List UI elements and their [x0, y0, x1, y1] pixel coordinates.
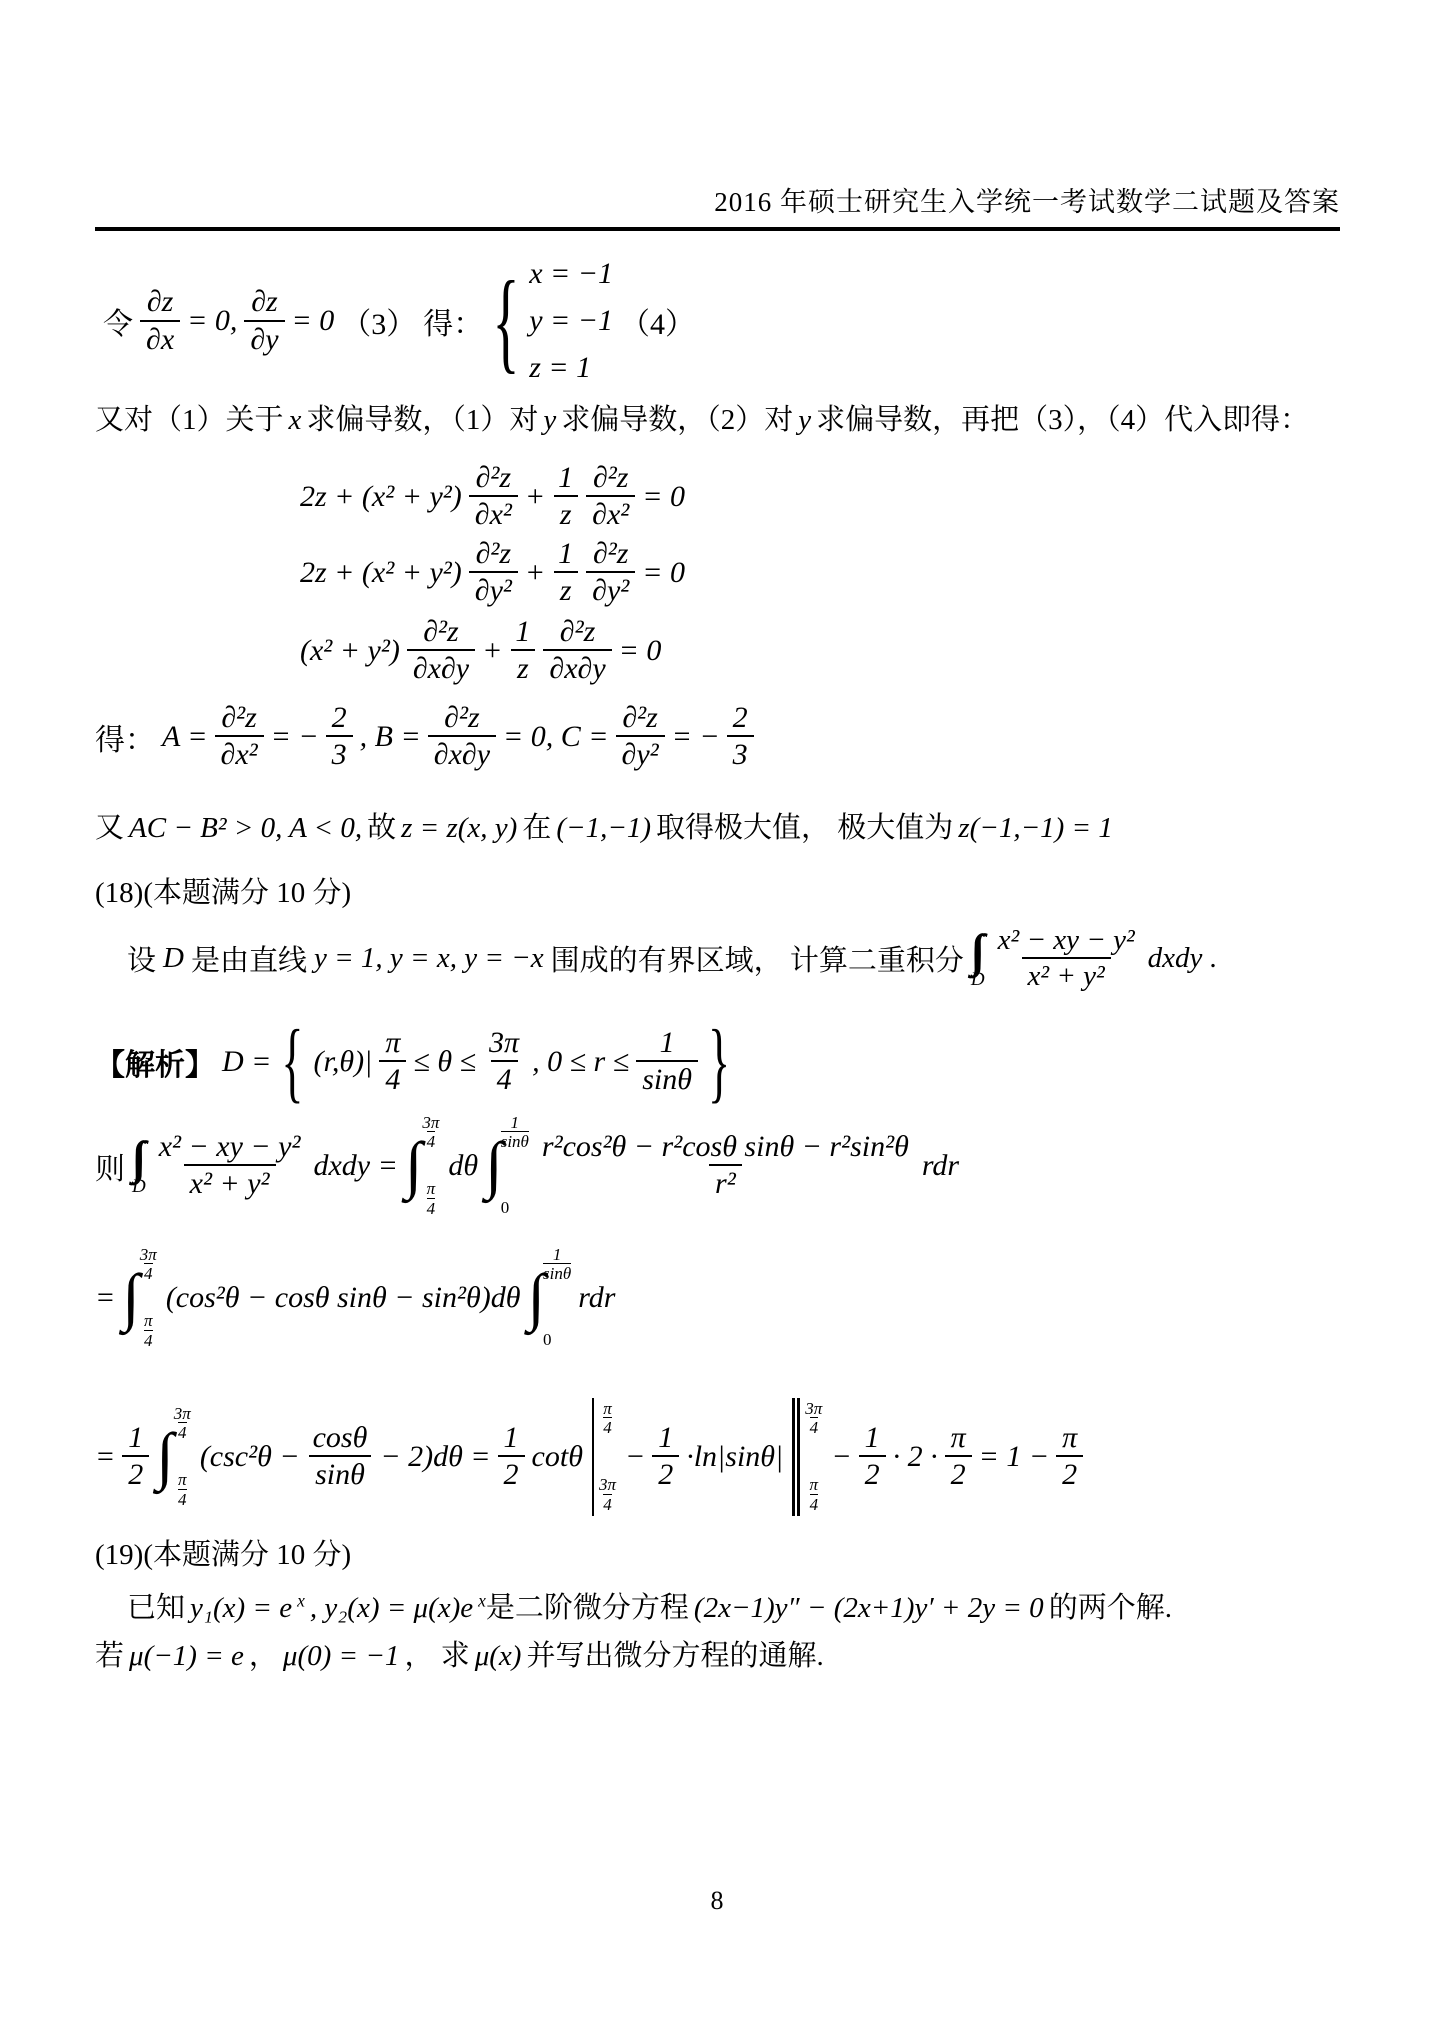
vertical-bar: [592, 1398, 594, 1516]
double-integral: ∫∫ D: [971, 928, 985, 989]
frac-num: ∂²z: [587, 537, 635, 572]
frac-den: ∂x²: [586, 495, 635, 533]
integral-limits: 1sinθ 0: [543, 1246, 571, 1350]
integral: ∫ 1sinθ 0: [485, 1114, 529, 1218]
fraction: ∂²z∂x∂y: [407, 615, 475, 687]
left-brace: {: [493, 265, 520, 378]
equation-pde-yy: 2z + (x² + y²) ∂²z∂y² + 1z ∂²z∂y² = 0: [300, 537, 1340, 609]
math-var: y: [543, 404, 556, 436]
frac-den: 2: [652, 1455, 679, 1493]
left-brace: {: [281, 1017, 303, 1107]
frac-den: 4: [144, 1263, 153, 1283]
case-line: z = 1: [529, 351, 613, 385]
double-integral: ∫∫ D: [132, 1135, 146, 1196]
math-var: y: [798, 404, 811, 436]
math-run: +: [525, 556, 545, 590]
fraction: π4: [379, 1026, 406, 1098]
integral-limits: 1sinθ 0: [501, 1114, 529, 1218]
math-run: = 1 −: [979, 1440, 1050, 1474]
math-run: μ(x): [475, 1640, 522, 1672]
paragraph-take-derivatives: 又对（1）关于x求偏导数，（1）对y求偏导数，（2）对y求偏导数，再把（3），（…: [95, 399, 1340, 443]
frac-num: 1: [498, 1421, 525, 1456]
lower-limit: 0: [501, 1198, 529, 1218]
frac-num: 1: [654, 1026, 681, 1061]
frac-num: π: [142, 1312, 155, 1330]
math-run: ·ln|sinθ|: [686, 1440, 783, 1474]
equation-stationary-point: 令 ∂z∂x = 0, ∂z∂y = 0 （3） 得： { x = −1 y =…: [103, 257, 1340, 385]
math-run: (−1,−1): [556, 812, 651, 844]
paragraph-maximum-conclusion: 又AC − B² > 0, A < 0,故z = z(x, y)在(−1,−1)…: [95, 807, 1340, 851]
frac-den: 4: [379, 1060, 406, 1098]
math-run: = −: [271, 720, 319, 754]
math-run: μ(0) = −1: [283, 1640, 400, 1672]
integral-sign: ∫: [131, 1135, 144, 1181]
page-header-title: 2016 年硕士研究生入学统一考试数学二试题及答案: [95, 186, 1340, 218]
frac-num: ∂²z: [438, 701, 486, 736]
frac-num: π: [379, 1026, 406, 1061]
text-run: 求偏导数，（2）对: [561, 404, 793, 436]
frac-den: sinθ: [501, 1131, 529, 1151]
frac-num: 2: [727, 701, 754, 736]
text-run: 已知: [127, 1592, 185, 1624]
frac-den: 4: [603, 1494, 612, 1514]
frac-den: z: [554, 571, 578, 609]
equation-pde-xy: (x² + y²) ∂²z∂x∂y + 1z ∂²z∂x∂y = 0: [300, 615, 1340, 687]
text-run: 得：: [423, 299, 483, 343]
math-run: z(−1,−1) = 1: [958, 812, 1113, 844]
frac-num: 1: [552, 461, 579, 496]
frac-num: 1: [552, 537, 579, 572]
text-run: 的两个解.: [1049, 1592, 1172, 1624]
fraction: ∂²z∂x²: [215, 701, 264, 773]
integral: ∫ 3π4 π4: [122, 1246, 159, 1350]
fraction: π2: [1056, 1421, 1083, 1493]
problem-19-statement-line2: 若μ(−1) = e，μ(0) = −1， 求μ(x)并写出微分方程的通解.: [95, 1635, 1340, 1679]
text-run: 是由直线: [191, 938, 307, 979]
frac-num: π: [945, 1421, 972, 1456]
upper-limit: 3π4: [172, 1405, 193, 1443]
fraction: ∂z∂x: [140, 285, 180, 357]
frac-num: x² − xy − y²: [153, 1130, 307, 1165]
text-run: 若: [95, 1640, 124, 1672]
math-run: = −: [672, 720, 720, 754]
text-run: 令: [103, 299, 133, 343]
text-run: 在: [522, 812, 551, 844]
exponent: x: [297, 1590, 305, 1610]
frac-den: 4: [491, 1060, 518, 1098]
text-run: 又: [95, 812, 124, 844]
double-integral-signs: ∫∫: [973, 928, 983, 974]
math-run: D =: [222, 1045, 271, 1079]
fraction: 1sinθ: [636, 1026, 698, 1098]
math-run: = 0,: [187, 304, 237, 338]
math-run: =: [95, 1440, 115, 1474]
math-run: (2x−1)y″ − (2x+1)y′ + 2y = 0: [694, 1592, 1044, 1624]
math-run: (r,θ)|: [314, 1045, 373, 1079]
text-run: 求偏导数，再把（3），（4）代入即得：: [816, 404, 1309, 436]
frac-den: ∂y²: [586, 571, 635, 609]
text-run: (19)(本题满分 10 分): [95, 1539, 351, 1571]
math-run: ≤ θ ≤: [413, 1045, 476, 1079]
document-page: 2016 年硕士研究生入学统一考试数学二试题及答案 令 ∂z∂x = 0, ∂z…: [0, 0, 1434, 2025]
integral-limits: 3π4 π4: [420, 1114, 441, 1218]
frac-num: cosθ: [307, 1421, 374, 1456]
equation-pde-xx: 2z + (x² + y²) ∂²z∂x² + 1z ∂²z∂x² = 0: [300, 461, 1340, 533]
integral-limits: 3π4 π4: [172, 1405, 193, 1509]
lower-limit: π4: [138, 1312, 159, 1350]
fraction: ∂²z∂x∂y: [543, 615, 611, 687]
header-rule: [95, 227, 1340, 231]
fraction: ∂²z∂x²: [469, 461, 518, 533]
integral-step-3: = 12 ∫ 3π4 π4 (csc²θ − cosθsinθ − 2)dθ =…: [95, 1398, 1340, 1516]
lower-limit: 3π4: [597, 1476, 618, 1514]
text-run: ，: [249, 1640, 278, 1672]
frac-num: ∂²z: [616, 701, 664, 736]
frac-num: 3π: [172, 1405, 193, 1423]
lower-limit: π4: [172, 1471, 193, 1509]
text-run: 围成的有界区域， 计算二重积分: [551, 938, 964, 979]
fraction: ∂²z∂y²: [469, 537, 518, 609]
frac-den: ∂x²: [469, 495, 518, 533]
fraction: 12: [652, 1421, 679, 1493]
case-line: y = −1: [529, 304, 613, 338]
text-run: 则: [95, 1144, 125, 1188]
math-run: , y₂(x) = μ(x)e: [310, 1592, 473, 1624]
frac-den: ∂y: [244, 320, 284, 358]
problem-19-heading: (19)(本题满分 10 分): [95, 1534, 1340, 1578]
fraction: 1z: [552, 537, 579, 609]
math-run: −: [625, 1440, 645, 1474]
page-number: 8: [0, 1886, 1434, 1916]
text-run: (18)(本题满分 10 分): [95, 877, 351, 909]
fraction: 3π4: [483, 1026, 525, 1098]
fraction: x² − xy − y²x² + y²: [153, 1130, 307, 1202]
frac-num: ∂²z: [587, 461, 635, 496]
frac-num: π: [176, 1471, 189, 1489]
math-var: x: [289, 404, 302, 436]
frac-num: 3π: [803, 1400, 824, 1418]
frac-den: z: [511, 649, 535, 687]
case-line: x = −1: [529, 257, 613, 291]
frac-num: 3π: [483, 1026, 525, 1061]
frac-den: x² + y²: [1022, 957, 1111, 993]
frac-num: r²cos²θ − r²cosθ sinθ − r²sin²θ: [536, 1130, 915, 1165]
equation-tag-3: （3）: [341, 299, 416, 343]
frac-den: 4: [144, 1330, 153, 1350]
frac-num: π: [425, 1180, 438, 1198]
double-integral-signs: ∫∫: [134, 1135, 144, 1181]
bar-limits: 3π4 π4: [803, 1398, 824, 1516]
frac-den: 3: [326, 735, 353, 773]
problem-18-statement: 设D是由直线y = 1, y = x, y = −x围成的有界区域， 计算二重积…: [95, 924, 1340, 994]
text-run: 并写出微分方程的通解.: [526, 1640, 823, 1672]
frac-den: 2: [1056, 1455, 1083, 1493]
upper-limit: 3π4: [138, 1246, 159, 1284]
math-run: = 0: [619, 634, 662, 668]
frac-num: π: [1056, 1421, 1083, 1456]
fraction: 23: [326, 701, 353, 773]
text-run: 又对（1）关于: [95, 404, 284, 436]
math-run: = 0: [292, 304, 335, 338]
math-run: (csc²θ −: [200, 1440, 300, 1474]
math-run: AC − B² > 0, A < 0,: [129, 812, 362, 844]
frac-den: ∂x: [140, 320, 180, 358]
integral: ∫ 3π4 π4: [156, 1405, 193, 1509]
frac-den: 4: [427, 1131, 436, 1151]
frac-num: π: [808, 1476, 821, 1494]
fraction: π2: [945, 1421, 972, 1493]
frac-num: ∂z: [141, 285, 180, 320]
problem-18-heading: (18)(本题满分 10 分): [95, 872, 1340, 916]
frac-den: ∂x²: [215, 735, 264, 773]
frac-num: 3π: [420, 1114, 441, 1132]
text-run: 取得极大值， 极大值为: [656, 812, 953, 844]
frac-num: π: [601, 1400, 614, 1418]
math-run: dθ: [448, 1149, 478, 1183]
text-run: 得：: [95, 715, 155, 759]
equation-cases: x = −1 y = −1 z = 1: [529, 257, 613, 385]
math-run: dxdy: [1148, 942, 1203, 975]
frac-den: 2: [945, 1455, 972, 1493]
frac-num: 3π: [597, 1476, 618, 1494]
frac-den: ∂x∂y: [428, 735, 496, 773]
lower-limit: 0: [543, 1330, 571, 1350]
eval-bar: π4 3π4: [592, 1398, 618, 1516]
exponent: x: [478, 1590, 486, 1610]
math-run: cotθ: [532, 1440, 583, 1474]
frac-den: 4: [810, 1494, 819, 1514]
math-run: −: [831, 1440, 851, 1474]
text-run: 是二阶微分方程: [486, 1592, 689, 1624]
frac-den: r²: [709, 1164, 742, 1202]
frac-num: 1: [509, 1114, 522, 1132]
upper-limit: 3π4: [803, 1400, 824, 1438]
text-run: 设: [127, 938, 156, 979]
solution-region-definition: 【解析】 D = { (r,θ)| π4 ≤ θ ≤ 3π4 , 0 ≤ r ≤…: [95, 1026, 1340, 1098]
right-brace: }: [708, 1017, 730, 1107]
math-run: , 0 ≤ r ≤: [532, 1045, 629, 1079]
frac-num: 1: [551, 1246, 564, 1264]
fraction: 12: [498, 1421, 525, 1493]
fraction: 1z: [552, 461, 579, 533]
math-run: z = z(x, y): [401, 812, 517, 844]
frac-den: sinθ: [636, 1060, 698, 1098]
integral-domain: D: [971, 970, 985, 989]
fraction: ∂²z∂x∂y: [428, 701, 496, 773]
fraction: ∂z∂y: [244, 285, 284, 357]
math-run: =: [95, 1281, 115, 1315]
frac-den: sinθ: [309, 1455, 371, 1493]
math-run: = 0, C =: [503, 720, 609, 754]
fraction: 12: [859, 1421, 886, 1493]
integral-limits: 3π4 π4: [138, 1246, 159, 1350]
upper-limit: π4: [597, 1400, 618, 1438]
equation-tag-4: （4）: [620, 299, 695, 343]
math-run: dxdy =: [313, 1149, 397, 1183]
integral-domain: D: [132, 1177, 146, 1196]
frac-num: ∂²z: [215, 701, 263, 736]
text-run: 求偏导数，（1）对: [306, 404, 538, 436]
frac-num: 1: [859, 1421, 886, 1456]
frac-num: x² − xy − y²: [992, 924, 1141, 957]
frac-den: 4: [603, 1417, 612, 1437]
fraction: ∂²z∂x²: [586, 461, 635, 533]
frac-den: z: [554, 495, 578, 533]
math-run: +: [482, 634, 502, 668]
math-run: 2z + (x² + y²): [300, 480, 462, 514]
frac-num: 1: [122, 1421, 149, 1456]
frac-den: ∂x∂y: [543, 649, 611, 687]
integral: ∫ 3π4 π4: [405, 1114, 442, 1218]
frac-den: 4: [178, 1489, 187, 1509]
frac-den: x² + y²: [184, 1164, 276, 1202]
frac-num: ∂²z: [417, 615, 465, 650]
math-run: rdr: [578, 1281, 615, 1315]
math-run: A =: [162, 720, 208, 754]
integral: ∫ 1sinθ 0: [527, 1246, 571, 1350]
frac-den: 4: [178, 1422, 187, 1442]
frac-den: sinθ: [543, 1263, 571, 1283]
bar-limits: π4 3π4: [597, 1398, 618, 1516]
frac-den: 4: [810, 1417, 819, 1437]
math-run: (x² + y²): [300, 634, 400, 668]
frac-num: 1: [509, 615, 536, 650]
fraction: 12: [122, 1421, 149, 1493]
frac-den: 2: [498, 1455, 525, 1493]
fraction: ∂²z∂y²: [616, 701, 665, 773]
text-run: ， 求: [404, 1640, 469, 1672]
frac-num: 3π: [138, 1246, 159, 1264]
equation-abc-values: 得： A = ∂²z∂x² = − 23 , B = ∂²z∂x∂y = 0, …: [95, 701, 1340, 773]
fraction: r²cos²θ − r²cosθ sinθ − r²sin²θr²: [536, 1130, 915, 1202]
upper-limit: 1sinθ: [543, 1246, 571, 1284]
math-run: +: [525, 480, 545, 514]
lower-limit: π4: [420, 1180, 441, 1218]
eval-double-bar: 3π4 π4: [792, 1398, 824, 1516]
integral-sign: ∫: [970, 928, 983, 974]
text-run: 故: [367, 812, 396, 844]
frac-den: ∂y²: [469, 571, 518, 609]
fraction: 23: [727, 701, 754, 773]
upper-limit: 1sinθ: [501, 1114, 529, 1152]
problem-19-statement-line1: 已知y₁(x) = ex, y₂(x) = μ(x)ex是二阶微分方程(2x−1…: [95, 1587, 1340, 1631]
frac-num: ∂²z: [470, 461, 518, 496]
frac-den: ∂y²: [616, 735, 665, 773]
fraction: cosθsinθ: [307, 1421, 374, 1493]
upper-limit: 3π4: [420, 1114, 441, 1152]
math-var: D: [163, 942, 184, 975]
math-run: = 0: [642, 480, 685, 514]
frac-num: ∂²z: [470, 537, 518, 572]
solution-tag: 【解析】: [95, 1040, 215, 1084]
math-run: μ(−1) = e: [129, 1640, 244, 1672]
math-run: , B =: [360, 720, 421, 754]
math-run: 2z + (x² + y²): [300, 556, 462, 590]
lower-limit: π4: [803, 1476, 824, 1514]
math-run: rdr: [922, 1149, 959, 1183]
fraction: 1z: [509, 615, 536, 687]
frac-den: 3: [727, 735, 754, 773]
math-run: y = 1, y = x, y = −x: [314, 942, 544, 975]
fraction: x² − xy − y²x² + y²: [992, 924, 1141, 994]
frac-den: 2: [859, 1455, 886, 1493]
frac-den: 2: [122, 1455, 149, 1493]
integral-step-1: 则 ∫∫ D x² − xy − y²x² + y² dxdy = ∫ 3π4 …: [95, 1114, 1340, 1218]
fraction: ∂²z∂y²: [586, 537, 635, 609]
math-run: (cos²θ − cosθ sinθ − sin²θ)dθ: [166, 1281, 521, 1315]
frac-den: 4: [427, 1198, 436, 1218]
math-run: y₁(x) = e: [190, 1592, 292, 1624]
text-run: .: [1209, 942, 1216, 975]
frac-num: ∂²z: [554, 615, 602, 650]
frac-den: ∂x∂y: [407, 649, 475, 687]
integral-step-2: = ∫ 3π4 π4 (cos²θ − cosθ sinθ − sin²θ)dθ…: [95, 1246, 1340, 1350]
math-run: · 2 ·: [893, 1440, 938, 1474]
frac-num: 2: [326, 701, 353, 736]
double-vertical-bar: [792, 1398, 800, 1516]
frac-num: 1: [652, 1421, 679, 1456]
frac-num: ∂z: [245, 285, 284, 320]
math-run: − 2)dθ =: [380, 1440, 490, 1474]
math-run: = 0: [642, 556, 685, 590]
